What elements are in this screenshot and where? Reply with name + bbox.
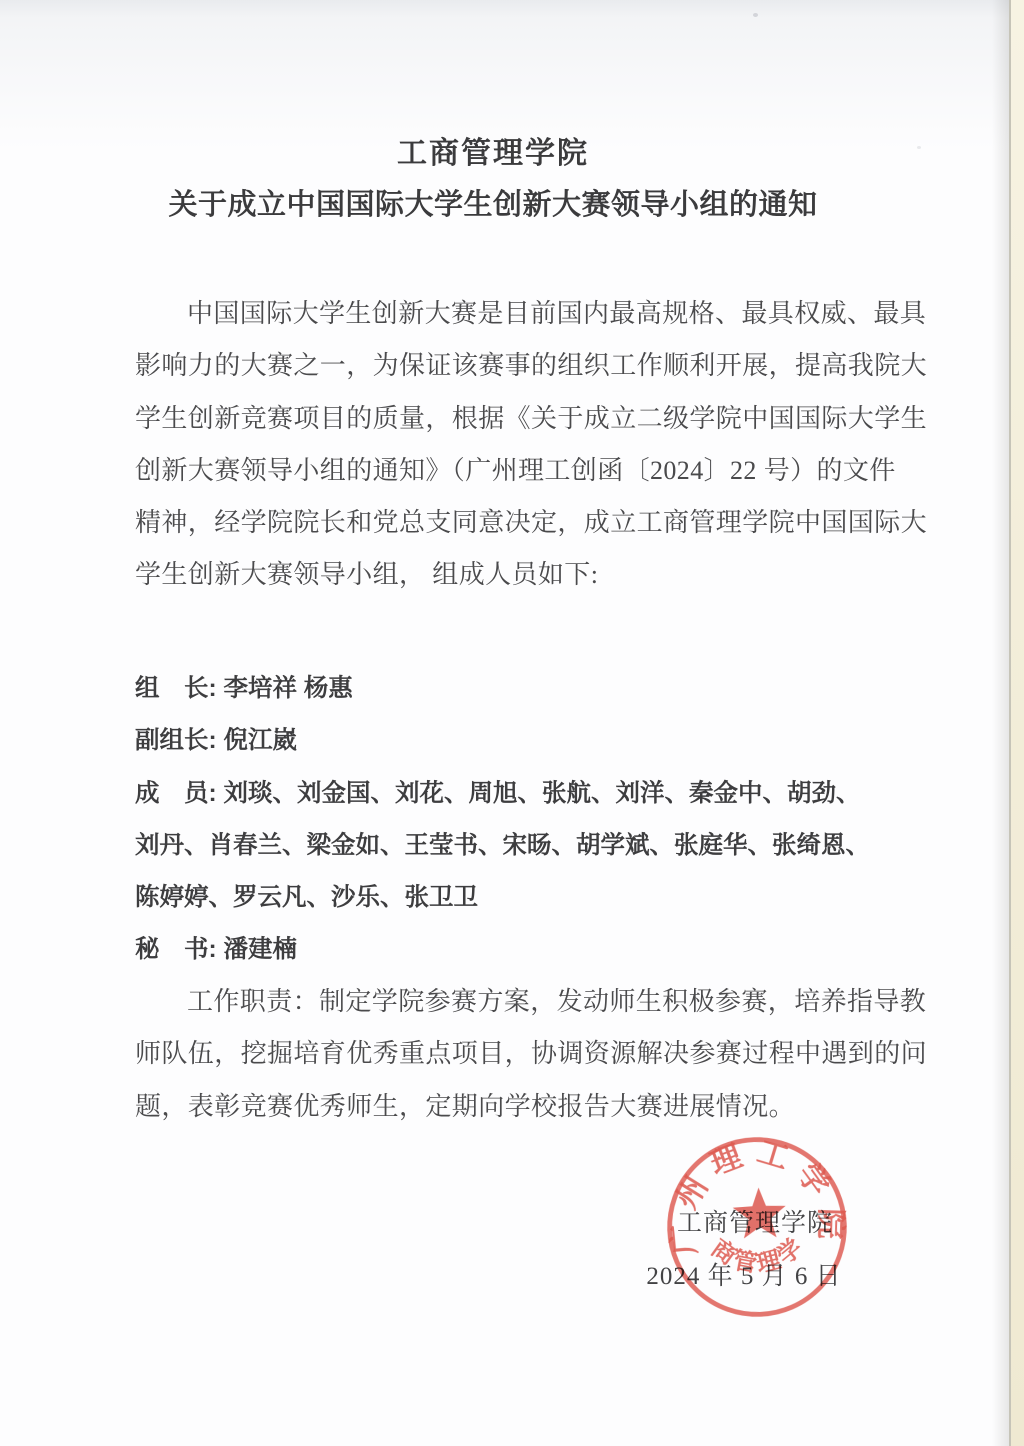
document-title: 工商管理学院: [135, 128, 851, 172]
scan-edge-shadow: [992, 0, 1010, 1446]
paragraph-line: 题，表彰竞赛优秀师生，定期向学校报告大赛进展情况。: [135, 1081, 853, 1133]
paragraph-line: 中国国际大学生创新大赛是目前国内最高规格、最具权威、最具: [135, 288, 853, 340]
paragraph-line: 学生创新大赛领导小组， 组成人员如下:: [135, 549, 853, 601]
seal-ring-text: 广州理工学院: [661, 1131, 850, 1257]
roster-leader-line: 组 长: 李培祥 杨惠: [135, 663, 859, 715]
roster-deputy-line: 副组长: 倪江崴: [135, 715, 859, 767]
scanned-document-page: 工商管理学院 关于成立中国国际大学生创新大赛领导小组的通知 中国国际大学生创新大…: [0, 0, 1024, 1446]
star-icon: [732, 1187, 787, 1239]
leadership-roster: 组 长: 李培祥 杨惠 副组长: 倪江崴 成 员: 刘琰、刘金国、刘花、周旭、张…: [135, 663, 859, 977]
scanner-background-strip: [1011, 0, 1024, 1446]
duties-paragraph: 工作职责：制定学院参赛方案，发动师生积极参赛，培养指导教 师队伍，挖掘培育优秀重…: [135, 976, 853, 1133]
scan-speck: [917, 146, 921, 149]
official-seal: 广州理工学院 工商管理学院: [658, 1128, 857, 1327]
roster-members-line: 刘丹、肖春兰、梁金如、王莹书、宋旸、胡学斌、张庭华、张绮恩、: [135, 820, 859, 872]
scan-speck: [753, 13, 758, 17]
official-seal-graphic: 广州理工学院 工商管理学院: [658, 1128, 857, 1327]
paragraph-line: 精神，经学院院长和党总支同意决定，成立工商管理学院中国国际大: [135, 497, 853, 549]
paragraph-line: 学生创新竞赛项目的质量，根据《关于成立二级学院中国国际大学生: [135, 393, 853, 445]
roster-members-line: 陈婷婷、罗云凡、沙乐、张卫卫: [135, 872, 859, 924]
roster-secretary-line: 秘 书: 潘建楠: [135, 924, 859, 976]
paragraph-line: 影响力的大赛之一，为保证该赛事的组织工作顺利开展，提高我院大: [135, 340, 853, 392]
paragraph-line: 师队伍，挖掘培育优秀重点项目，协调资源解决参赛过程中遇到的问: [135, 1028, 853, 1080]
roster-members-line: 成 员: 刘琰、刘金国、刘花、周旭、张航、刘洋、秦金中、胡劲、: [135, 768, 859, 820]
paragraph-line: 创新大赛领导小组的通知》（广州理工创函〔2024〕22 号）的文件: [135, 445, 853, 497]
intro-paragraph: 中国国际大学生创新大赛是目前国内最高规格、最具权威、最具 影响力的大赛之一，为保…: [135, 288, 853, 602]
paragraph-line: 工作职责：制定学院参赛方案，发动师生积极参赛，培养指导教: [135, 976, 853, 1028]
document-subtitle: 关于成立中国国际大学生创新大赛领导小组的通知: [125, 182, 861, 223]
